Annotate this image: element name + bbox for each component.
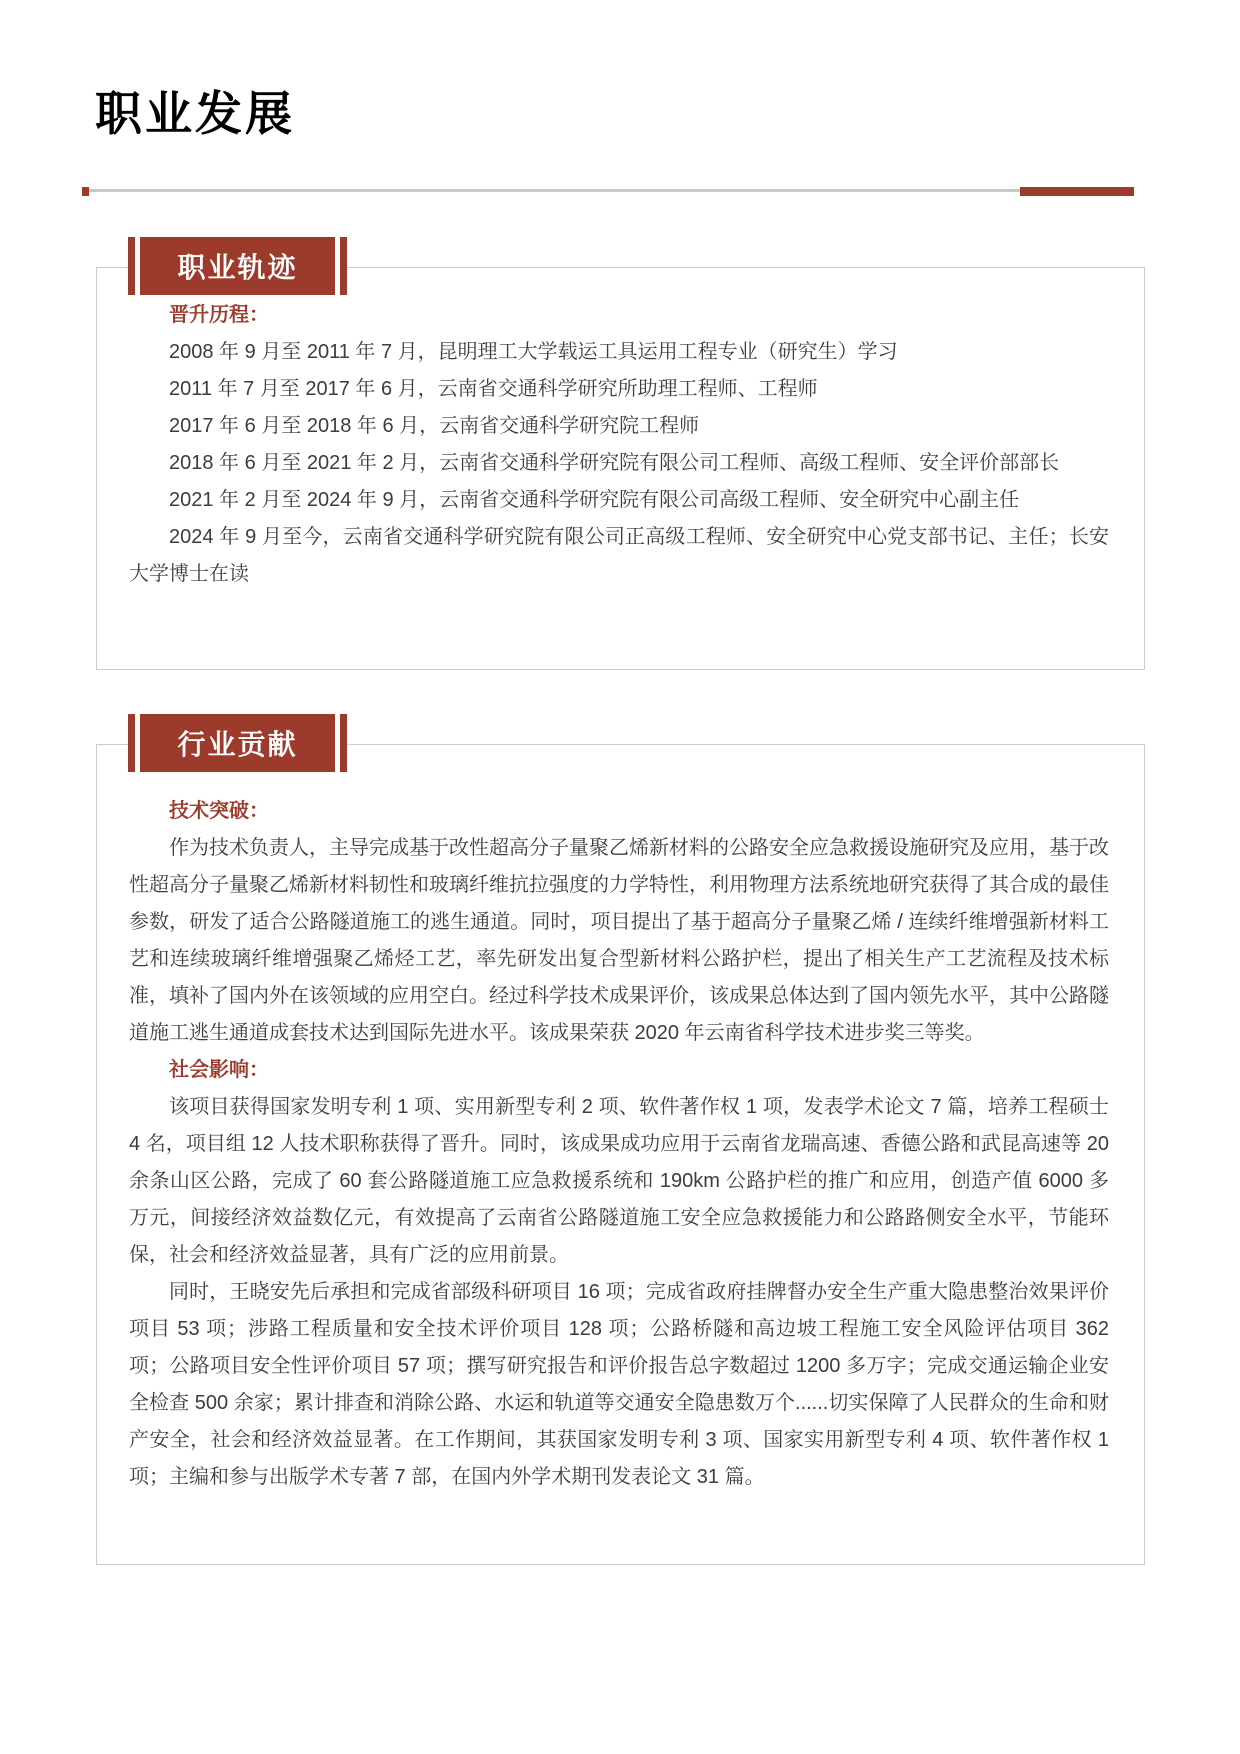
career-entry: 2024 年 9 月至今，云南省交通科学研究院有限公司正高级工程师、安全研究中心… [129,519,1109,593]
subsection-heading-promotion-history: 晋升历程： [129,297,1109,334]
section-badge-career-track: 职业轨迹 [128,237,347,295]
content-box-career-track: 晋升历程： 2008 年 9 月至 2011 年 7 月，昆明理工大学载运工具运… [96,267,1145,670]
section-badge-industry-contribution: 行业贡献 [128,714,347,772]
badge-label-industry-contribution: 行业贡献 [177,723,297,763]
subsection-heading-social-impact: 社会影响： [129,1052,1109,1089]
career-entry: 2021 年 2 月至 2024 年 9 月，云南省交通科学研究院有限公司高级工… [129,482,1109,519]
title-divider [82,186,1134,197]
career-entry: 2008 年 9 月至 2011 年 7 月，昆明理工大学载运工具运用工程专业（… [129,334,1109,371]
divider-accent-bar [1020,187,1134,196]
contribution-paragraph: 作为技术负责人，主导完成基于改性超高分子量聚乙烯新材料的公路安全应急救援设施研究… [129,830,1109,1052]
career-entry: 2017 年 6 月至 2018 年 6 月，云南省交通科学研究院工程师 [129,408,1109,445]
divider-line [89,189,1020,192]
career-entry: 2018 年 6 月至 2021 年 2 月，云南省交通科学研究院有限公司工程师… [129,445,1109,482]
career-entry: 2011 年 7 月至 2017 年 6 月，云南省交通科学研究所助理工程师、工… [129,371,1109,408]
divider-left-square [82,187,89,196]
contribution-paragraph: 该项目获得国家发明专利 1 项、实用新型专利 2 项、软件著作权 1 项，发表学… [129,1089,1109,1274]
badge-label-career-track: 职业轨迹 [177,246,297,286]
subsection-heading-technical-breakthrough: 技术突破： [129,793,1109,830]
content-box-industry-contribution: 技术突破： 作为技术负责人，主导完成基于改性超高分子量聚乙烯新材料的公路安全应急… [96,744,1145,1565]
page-title: 职业发展 [95,86,295,142]
contribution-paragraph: 同时，王晓安先后承担和完成省部级科研项目 16 项；完成省政府挂牌督办安全生产重… [129,1274,1109,1496]
